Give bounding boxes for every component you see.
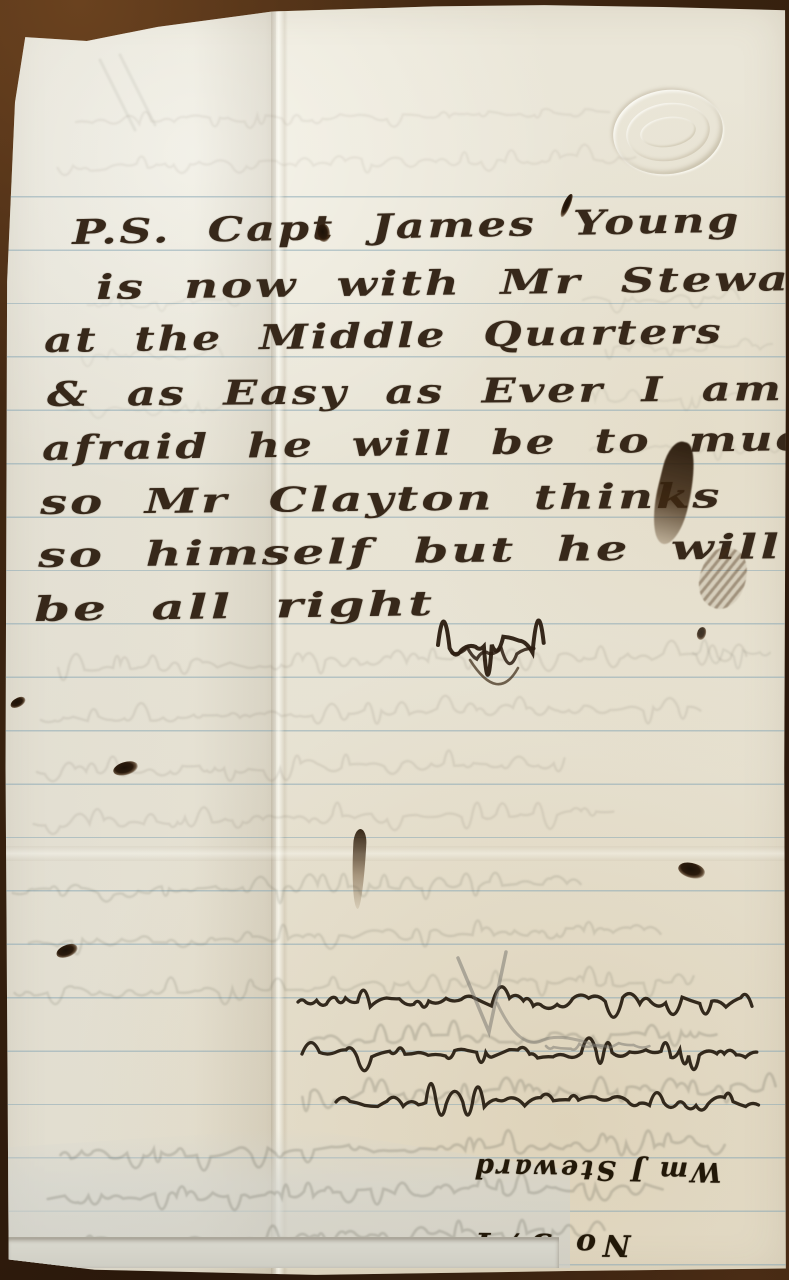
letter-photo-scene: P.S. Capt James Young is now with Mr Ste… xyxy=(0,0,789,1280)
under-sheet-edge xyxy=(7,1237,559,1268)
docket-name-upside-down: Wm J Steward xyxy=(472,1154,722,1185)
handwritten-line: is now with Mr Steward xyxy=(96,261,789,305)
signature-monogram xyxy=(436,616,546,674)
docket-scrawl-line xyxy=(300,1035,750,1070)
letter-sheet: P.S. Capt James Young is now with Mr Ste… xyxy=(0,0,789,1280)
handwritten-line: & as Easy as Ever I am xyxy=(47,372,784,412)
handwritten-line: so Mr Clayton thinks xyxy=(40,479,723,520)
docket-scrawl-line xyxy=(333,1078,757,1128)
handwritten-line: be all right xyxy=(33,587,435,627)
handwritten-line: at the Middle Quarters xyxy=(44,315,724,358)
docket-scrawl-line xyxy=(295,980,750,1025)
